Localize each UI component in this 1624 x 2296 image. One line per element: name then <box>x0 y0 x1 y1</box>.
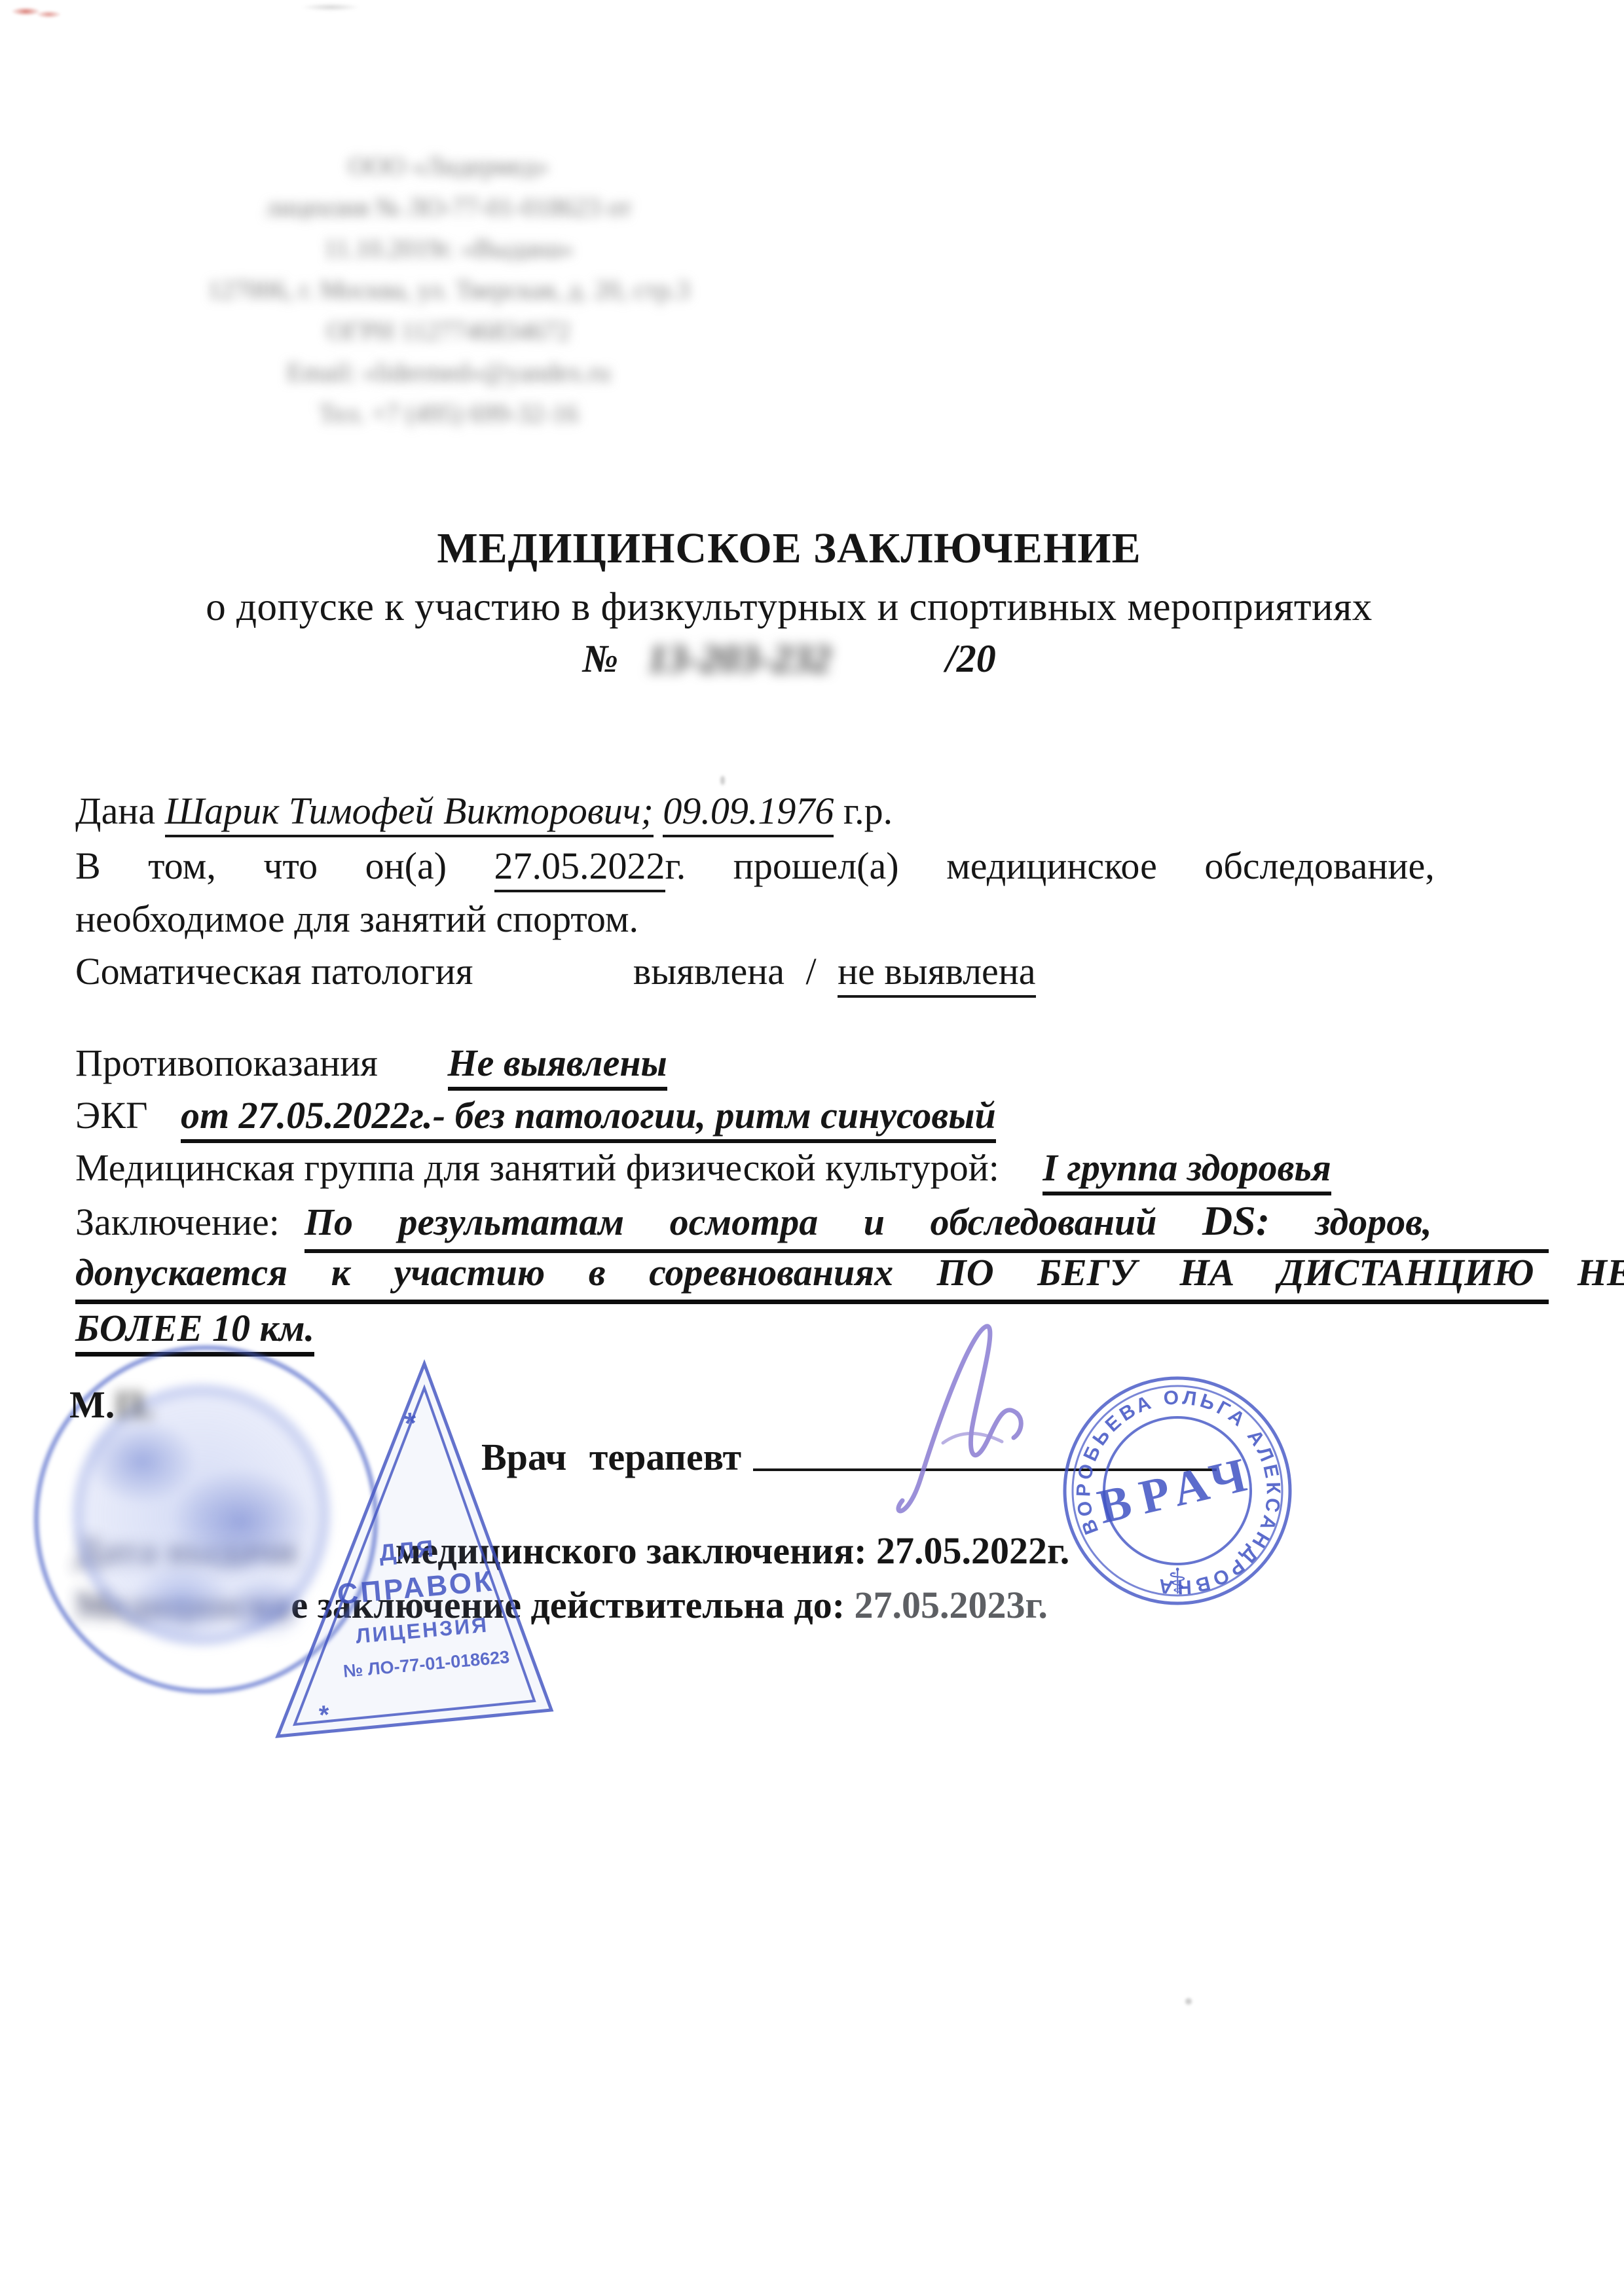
option-not-detected: не выявлена <box>838 950 1035 998</box>
text-part: г. <box>665 845 686 887</box>
text-part: В том, <box>75 845 216 887</box>
ecg-label: ЭКГ <box>75 1094 148 1137</box>
diagnosis-abbr: DS: <box>1202 1197 1270 1244</box>
contra-label: Противопоказания <box>75 1042 378 1084</box>
doctor-signature <box>845 1303 1080 1525</box>
contraindications-line: Противопоказания Не выявлены <box>75 1041 1549 1085</box>
letterhead-line: ОГРН 1127746834672 <box>180 310 717 352</box>
letterhead-line: Email: «lidermed»@yandex.ru <box>180 352 717 393</box>
triangle-license-stamp: * ДЛЯ СПРАВОК ЛИЦЕНЗИЯ № ЛО-77-01-018623… <box>254 1334 568 1753</box>
contra-value: Не выявлены <box>448 1042 667 1091</box>
issue-date: 27.05.2022г. <box>876 1529 1069 1572</box>
ecg-value: от 27.05.2022г.- без патологии, ритм син… <box>181 1094 996 1143</box>
exam-date: 27.05.2022 <box>494 845 665 892</box>
text-part: прошел(а) <box>733 845 899 887</box>
patient-line: Дана Шарик Тимофей Викторович; 09.09.197… <box>75 789 1549 833</box>
group-value: I группа здоровья <box>1043 1146 1331 1195</box>
letterhead-line: 127006, г. Москва, ул. Тверская, д. 20, … <box>180 269 717 310</box>
somatic-label: Соматическая патология <box>75 950 473 993</box>
birth-suffix: г.р. <box>843 790 893 832</box>
birth-date: 09.09.1976 <box>663 790 834 837</box>
letterhead-line: ООО «Лидермед» <box>180 145 717 187</box>
conclusion-line2: допускается к участию в соревнованиях ПО… <box>75 1250 1549 1304</box>
valid-date: 27.05.2023г. <box>855 1584 1048 1626</box>
group-label: Медицинская группа для занятий физическо… <box>75 1146 999 1189</box>
dust-speck <box>1185 1998 1192 2005</box>
text-part: медицинское обследование, <box>946 845 1435 887</box>
text-part: необходимое для занятий спортом. <box>75 898 638 940</box>
conclusion-text: допускается к участию в соревнованиях ПО… <box>75 1251 1624 1294</box>
separator: / <box>806 950 817 993</box>
scan-smudge <box>275 0 386 14</box>
option-detected: выявлена <box>633 950 784 993</box>
ecg-line: ЭКГ от 27.05.2022г.- без патологии, ритм… <box>75 1093 1549 1137</box>
triangle-text: ДЛЯ <box>378 1535 436 1566</box>
stamp-place-label: М.П. <box>69 1383 154 1427</box>
mp-hidden: П. <box>115 1383 154 1427</box>
letterhead-line: Тел. +7 (495) 699-32-16 <box>180 393 717 434</box>
sport-line: необходимое для занятий спортом. <box>75 897 1549 941</box>
issued-label: Дана <box>75 790 165 832</box>
document-subtitle: о допуске к участию в физкультурных и сп… <box>0 585 1578 630</box>
number-redacted: 13-203-232 <box>648 636 831 682</box>
text-part: что он(а) <box>263 845 447 887</box>
conclusion-label: Заключение: <box>75 1200 280 1244</box>
red-pen-artifact <box>10 3 62 22</box>
health-group-line: Медицинская группа для занятий физическо… <box>75 1146 1549 1190</box>
caduceus-icon: ⚕ <box>1168 1561 1187 1602</box>
conclusion-text: По результатам осмотра и обследований <box>304 1201 1157 1243</box>
conclusion-text: здоров, <box>1316 1201 1432 1243</box>
conclusion-line: Заключение: По результатам осмотра и обс… <box>75 1197 1549 1253</box>
document-title: МЕДИЦИНСКОЕ ЗАКЛЮЧЕНИЕ <box>0 524 1578 574</box>
letterhead-line: 11.10.2019г. «Выдана» <box>180 228 717 269</box>
document-number-line: № 13-203-232 /20 <box>0 636 1578 682</box>
dust-speck <box>720 776 725 785</box>
medical-certificate-page: ООО «Лидермед» лицензия № ЛО-77-01-01862… <box>0 0 1624 2296</box>
somatic-line: Соматическая патология выявлена / не выя… <box>75 949 1549 993</box>
examination-line: В том, что он(а) 27.05.2022г. прошел(а) … <box>75 844 1549 888</box>
letterhead-line: лицензия № ЛО-77-01-018623 от <box>180 187 717 228</box>
number-sign: № <box>582 637 618 680</box>
letterhead-blurred: ООО «Лидермед» лицензия № ЛО-77-01-01862… <box>180 145 717 434</box>
mp-visible: М. <box>69 1383 115 1426</box>
doctor-round-stamp: ВОРОБЬЕВА ОЛЬГА АЛЕКСАНДРОВНА ВРАЧ ⚕ <box>1046 1363 1308 1625</box>
patient-name: Шарик Тимофей Викторович; <box>165 790 654 837</box>
number-suffix: /20 <box>946 636 996 682</box>
conclusion-value: По результатам осмотра и обследований DS… <box>304 1197 1549 1253</box>
doctor-stamp-center-text: ВРАЧ <box>1093 1446 1262 1534</box>
